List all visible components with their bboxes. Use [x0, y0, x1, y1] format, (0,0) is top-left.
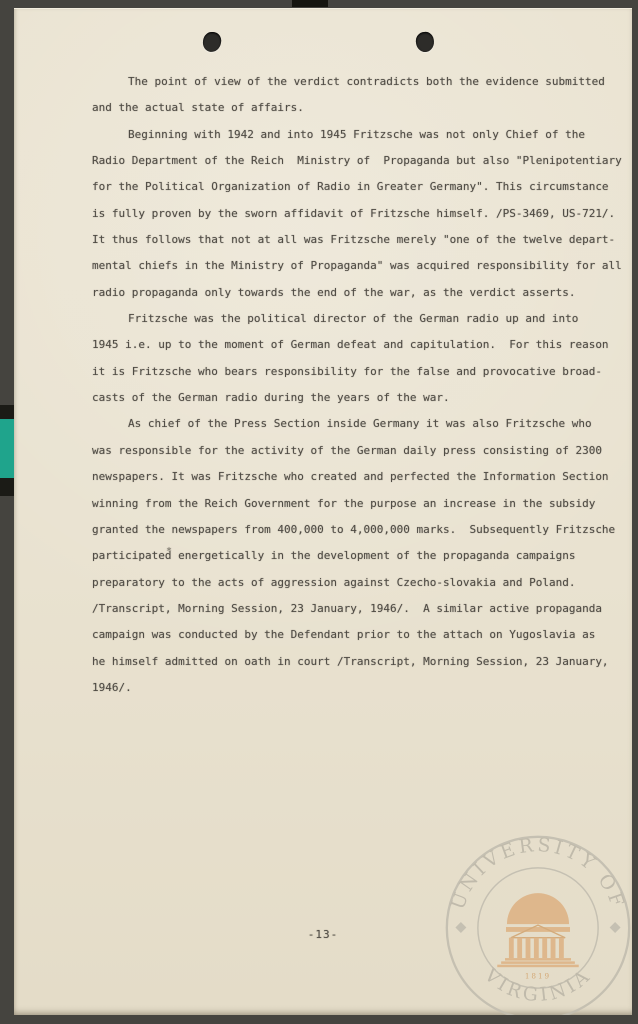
university-of-virginia-watermark-icon: UNIVERSITY OF VIRGINIA 1819: [441, 831, 632, 1015]
seal-left-ornament-icon: [455, 922, 466, 933]
text-line: mental chiefs in the Ministry of Propaga…: [92, 253, 632, 279]
scan-background: The point of view of the verdict contrad…: [0, 0, 638, 1024]
left-edge-teal-mark: [0, 419, 14, 478]
text-line: granted the newspapers from 400,000 to 4…: [92, 517, 632, 543]
seal-right-ornament-icon: [610, 922, 621, 933]
text-line: Fritzsche was the political director of …: [92, 306, 632, 332]
left-edge-black-mark-bottom: [0, 478, 14, 496]
text-line: and the actual state of affairs.: [92, 95, 632, 121]
text-line: newspapers. It was Fritzsche who created…: [92, 464, 632, 490]
text-line: Radio Department of the Reich Ministry o…: [92, 148, 632, 174]
text-line: campaign was conducted by the Defendant …: [92, 622, 632, 648]
text-line: participated energetically in the develo…: [92, 543, 632, 569]
punch-hole-right-icon: [414, 30, 436, 53]
text-line: /Transcript, Morning Session, 23 January…: [92, 596, 632, 622]
seal-arc-bottom-text: VIRGINIA: [479, 963, 596, 1006]
document-text-block: The point of view of the verdict contrad…: [92, 69, 632, 701]
text-line: for the Political Organization of Radio …: [92, 174, 632, 200]
left-edge-black-mark-top: [0, 405, 14, 419]
seal-year: 1819: [525, 971, 551, 980]
rotunda-icon: [497, 893, 578, 967]
stray-typed-mark: *: [166, 546, 172, 557]
scanner-notch: [292, 0, 328, 7]
text-line: As chief of the Press Section inside Ger…: [92, 411, 632, 437]
text-line: casts of the German radio during the yea…: [92, 385, 632, 411]
text-line: Beginning with 1942 and into 1945 Fritzs…: [92, 122, 632, 148]
document-page: The point of view of the verdict contrad…: [14, 8, 632, 1015]
text-line: 1946/.: [92, 675, 632, 701]
text-line: preparatory to the acts of aggression ag…: [92, 570, 632, 596]
text-line: was responsible for the activity of the …: [92, 438, 632, 464]
text-line: radio propaganda only towards the end of…: [92, 280, 632, 306]
text-line: The point of view of the verdict contrad…: [92, 69, 632, 95]
text-line: it is Fritzsche who bears responsibility…: [92, 359, 632, 385]
text-line: he himself admitted on oath in court /Tr…: [92, 649, 632, 675]
text-line: winning from the Reich Government for th…: [92, 491, 632, 517]
text-line: is fully proven by the sworn affidavit o…: [92, 201, 632, 227]
punch-hole-left-icon: [202, 31, 223, 53]
text-line: 1945 i.e. up to the moment of German def…: [92, 332, 632, 358]
text-line: It thus follows that not at all was Frit…: [92, 227, 632, 253]
